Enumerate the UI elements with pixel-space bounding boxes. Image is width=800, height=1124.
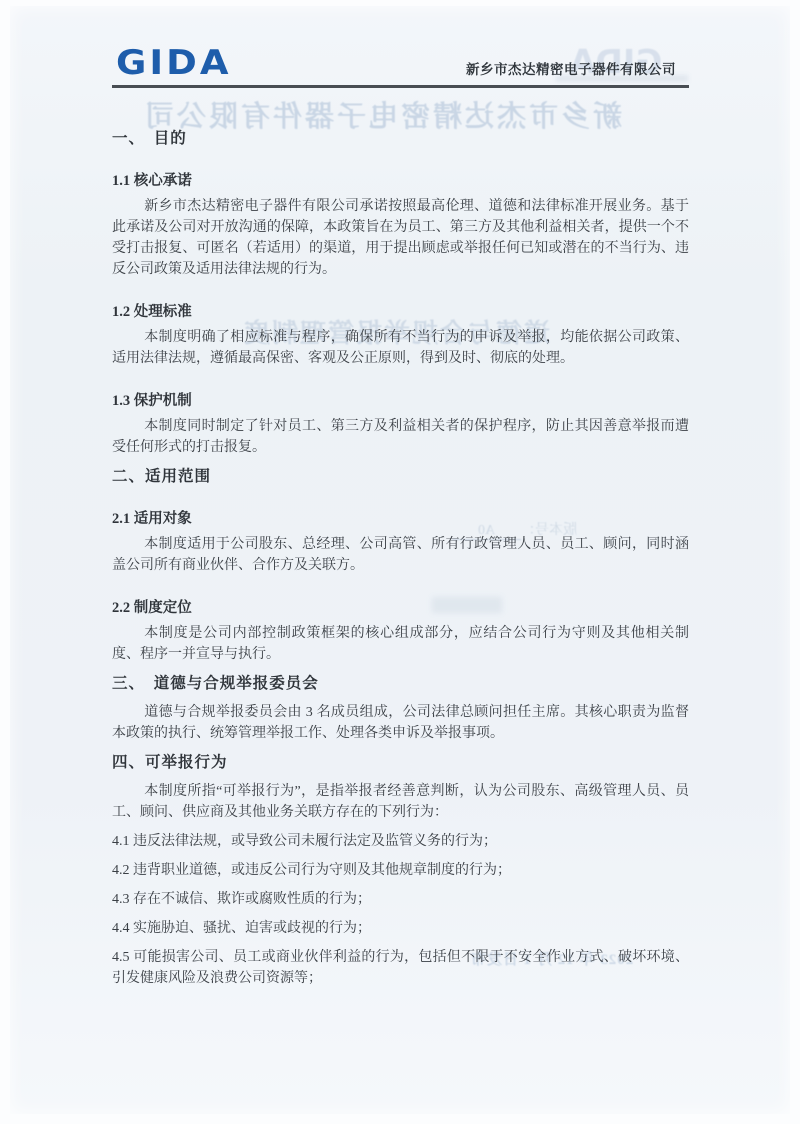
list-item: 4.1 违反法律法规，或导致公司未履行法定及监管义务的行为；: [112, 831, 689, 852]
company-logo: GIDA: [116, 45, 231, 79]
company-name: 新乡市杰达精密电子器件有限公司: [466, 62, 676, 78]
document-body: 一、 目的1.1 核心承诺新乡市杰达精密电子器件有限公司承诺按照最高伦理、道德和…: [112, 128, 689, 997]
sub-heading: 1.3 保护机制: [112, 391, 689, 412]
list-item: 4.4 实施胁迫、骚扰、迫害或歧视的行为；: [112, 918, 689, 939]
section-heading: 三、 道德与合规举报委员会: [112, 673, 689, 694]
paragraph: 本制度所指“可举报行为”，是指举报者经善意判断，认为公司股东、高级管理人员、员工…: [112, 781, 689, 823]
paragraph: 本制度是公司内部控制政策框架的核心组成部分，应结合公司行为守则及其他相关制度、程…: [112, 623, 689, 665]
scanned-document-page: GIDA 新乡市杰达精密电子器件有限公司 道德与合规举报管理制度 版本号：A0 …: [0, 0, 800, 1124]
paragraph: 新乡市杰达精密电子器件有限公司承诺按照最高伦理、道德和法律标准开展业务。基于此承…: [112, 196, 689, 280]
list-item: 4.5 可能损害公司、员工或商业伙伴利益的行为，包括但不限于不安全作业方式、破坏…: [112, 947, 689, 989]
section-heading: 一、 目的: [112, 128, 689, 149]
sub-heading: 1.2 处理标准: [112, 302, 689, 323]
paragraph: 本制度适用于公司股东、总经理、公司高管、所有行政管理人员、员工、顾问，同时涵盖公…: [112, 534, 689, 576]
paragraph: 道德与合规举报委员会由 3 名成员组成，公司法律总顾问担任主席。其核心职责为监督…: [112, 702, 689, 744]
paragraph: 本制度明确了相应标准与程序，确保所有不当行为的申诉及举报，均能依据公司政策、适用…: [112, 327, 689, 369]
sub-heading: 2.1 适用对象: [112, 509, 689, 530]
sub-heading: 1.1 核心承诺: [112, 171, 689, 192]
list-item: 4.3 存在不诚信、欺诈或腐败性质的行为；: [112, 889, 689, 910]
header-divider: [112, 85, 689, 88]
section-heading: 二、适用范围: [112, 466, 689, 487]
paragraph: 本制度同时制定了针对员工、第三方及利益相关者的保护程序，防止其因善意举报而遭受任…: [112, 416, 689, 458]
list-item: 4.2 违背职业道德，或违反公司行为守则及其他规章制度的行为；: [112, 860, 689, 881]
section-heading: 四、可举报行为: [112, 752, 689, 773]
sub-heading: 2.2 制度定位: [112, 598, 689, 619]
